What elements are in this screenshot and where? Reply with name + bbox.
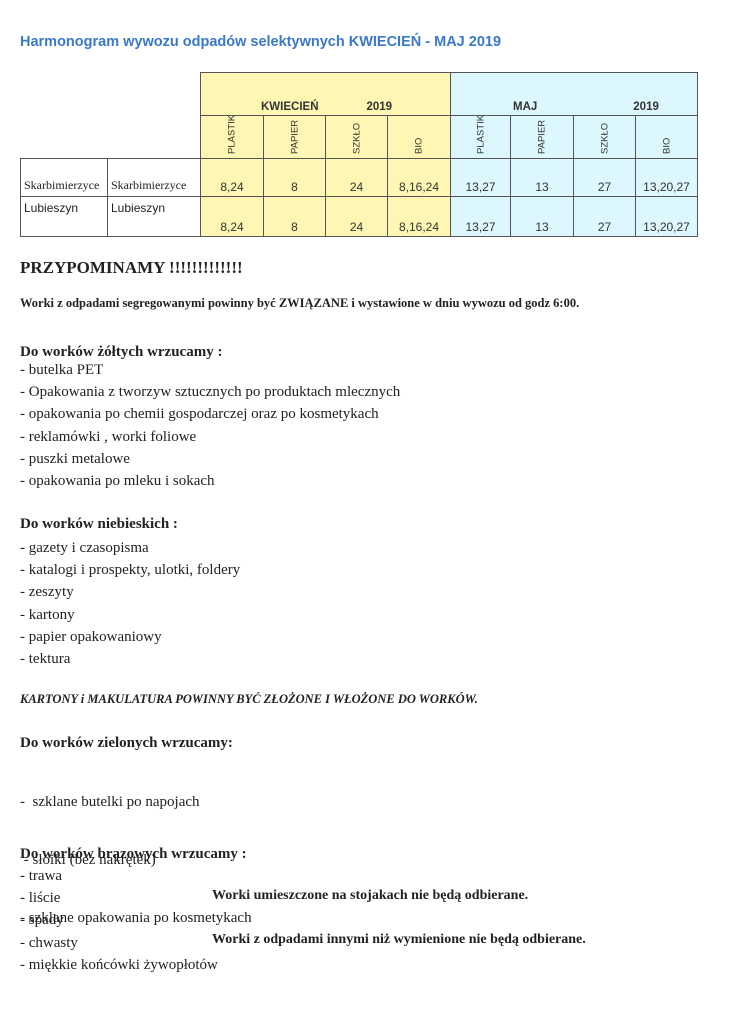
green-bags-heading: Do worków zielonych wrzucamy:	[20, 735, 233, 752]
list-item: - tektura	[20, 648, 240, 670]
brown-bags-heading: Do worków brązowych wrzucamy :	[20, 846, 247, 863]
list-item: - butelka PET	[20, 359, 400, 381]
date-cell: 8,24	[200, 158, 264, 197]
category-header: PLASTIK	[450, 115, 511, 159]
list-item: - spady	[20, 909, 218, 931]
list-item: - puszki metalowe	[20, 448, 400, 470]
list-item: - opakowania po mleku i sokach	[20, 470, 400, 492]
page-title: Harmonogram wywozu odpadów selektywnych …	[20, 34, 501, 50]
month-year: 2019	[367, 101, 393, 113]
category-header: PLASTIK	[200, 115, 264, 159]
date-cell: 24	[325, 158, 388, 197]
date-cell: 8,24	[200, 196, 264, 237]
date-cell: 27	[573, 158, 636, 197]
list-item: - katalogi i prospekty, ulotki, foldery	[20, 559, 240, 581]
side-note-other-waste: Worki z odpadami innymi niż wymienione n…	[212, 932, 586, 948]
blue-bags-heading: Do worków niebieskich :	[20, 516, 178, 533]
date-cell: 24	[325, 196, 388, 237]
date-cell: 13,20,27	[635, 158, 698, 197]
month-year: 2019	[633, 101, 659, 113]
month-name: MAJ	[513, 101, 537, 113]
category-label: BIO	[661, 138, 672, 154]
date-cell: 13	[510, 158, 574, 197]
category-label: BIO	[414, 138, 425, 154]
locality-cell: Skarbimierzyce	[107, 158, 201, 197]
category-label: SZKŁO	[599, 123, 610, 154]
category-header: SZKŁO	[573, 115, 636, 159]
list-item: - papier opakowaniowy	[20, 626, 240, 648]
date-cell: 8	[263, 158, 326, 197]
category-header: SZKŁO	[325, 115, 388, 159]
list-item: - szklane butelki po napojach	[20, 791, 252, 813]
category-label: PAPIER	[537, 120, 548, 154]
month-header: KWIECIEŃ2019	[200, 72, 451, 116]
category-header: PAPIER	[263, 115, 326, 159]
category-header: BIO	[635, 115, 698, 159]
reminder-note: Worki z odpadami segregowanymi powinny b…	[20, 296, 579, 311]
list-item: - Opakowania z tworzyw sztucznych po pro…	[20, 381, 400, 403]
month-header: MAJ2019	[450, 72, 698, 116]
month-name: KWIECIEŃ	[261, 101, 319, 113]
list-item: - gazety i czasopisma	[20, 537, 240, 559]
brown-bags-list: - trawa - liście - spady - chwasty - mię…	[20, 865, 218, 976]
date-cell: 8,16,24	[387, 196, 451, 237]
category-label: PAPIER	[289, 120, 300, 154]
list-item: - kartony	[20, 604, 240, 626]
list-item: - opakowania po chemii gospodarczej oraz…	[20, 403, 400, 425]
side-note-racks: Worki umieszczone na stojakach nie będą …	[212, 888, 528, 904]
date-cell: 27	[573, 196, 636, 237]
date-cell: 13	[510, 196, 574, 237]
date-cell: 8	[263, 196, 326, 237]
category-label: PLASTIK	[475, 115, 486, 154]
list-item: - miękkie końcówki żywopłotów	[20, 954, 218, 976]
cardboard-note: KARTONY i MAKULATURA POWINNY BYĆ ZŁOŻONE…	[20, 692, 478, 707]
category-label: PLASTIK	[227, 115, 238, 154]
date-cell: 13,27	[450, 196, 511, 237]
category-label: SZKŁO	[351, 123, 362, 154]
blue-bags-list: - gazety i czasopisma - katalogi i prosp…	[20, 537, 240, 670]
locality-cell: Lubieszyn	[107, 196, 201, 237]
date-cell: 8,16,24	[387, 158, 451, 197]
list-item: - chwasty	[20, 932, 218, 954]
yellow-bags-list: - butelka PET - Opakowania z tworzyw szt…	[20, 359, 400, 492]
list-item: - reklamówki , worki foliowe	[20, 426, 400, 448]
category-header: PAPIER	[510, 115, 574, 159]
municipality-cell: Lubieszyn	[20, 196, 108, 237]
list-item: - liście	[20, 887, 218, 909]
list-item: - trawa	[20, 865, 218, 887]
date-cell: 13,20,27	[635, 196, 698, 237]
list-item: - zeszyty	[20, 581, 240, 603]
municipality-cell: Skarbimierzyce	[20, 158, 108, 197]
reminder-heading: PRZYPOMINAMY !!!!!!!!!!!!!	[20, 258, 243, 278]
category-header: BIO	[387, 115, 451, 159]
date-cell: 13,27	[450, 158, 511, 197]
